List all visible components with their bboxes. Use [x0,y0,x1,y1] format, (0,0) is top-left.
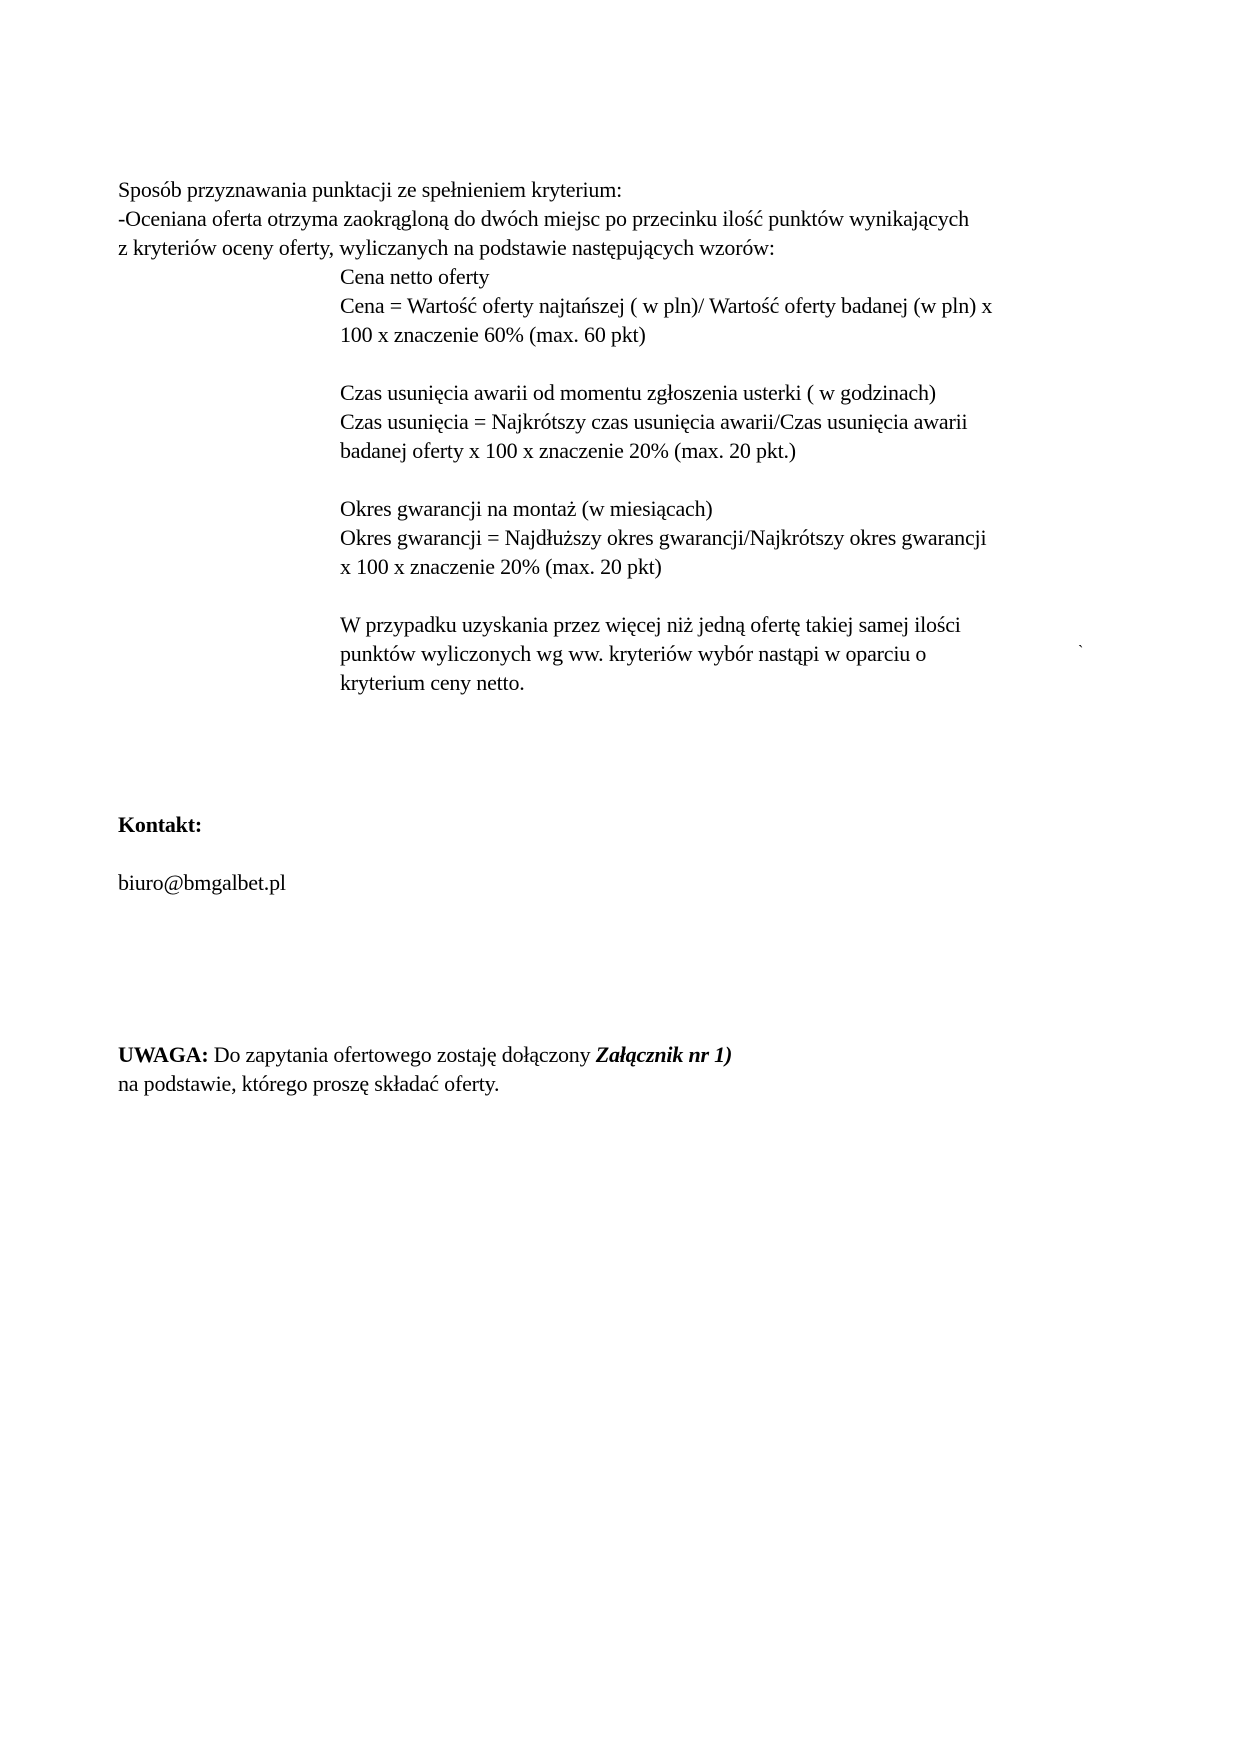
tie-rule-line-3: kryterium ceny netto. [340,668,525,697]
criterion-warranty-title: Okres gwarancji na montaż (w miesiącach) [340,494,713,523]
note-label: UWAGA: [118,1042,208,1067]
tie-rule-line-1: W przypadku uzyskania przez więcej niż j… [340,610,961,639]
criterion-repair-time-title: Czas usunięcia awarii od momentu zgłosze… [340,378,936,407]
document-page: Sposób przyznawania punktacji ze spełnie… [0,0,1240,1754]
note-attachment: Załącznik nr 1) [596,1042,732,1067]
criterion-warranty-formula-line-2: x 100 x znaczenie 20% (max. 20 pkt) [340,552,662,581]
criterion-price-title: Cena netto oferty [340,262,489,291]
criterion-repair-time-formula-line-2: badanej oferty x 100 x znaczenie 20% (ma… [340,436,796,465]
criterion-warranty-formula-line-1: Okres gwarancji = Najdłuższy okres gwara… [340,523,986,552]
scoring-heading: Sposób przyznawania punktacji ze spełnie… [118,175,622,204]
contact-email-link[interactable]: biuro@bmgalbet.pl [118,868,286,897]
note-line-2: na podstawie, którego proszę składać ofe… [118,1069,499,1098]
contact-heading: Kontakt: [118,810,202,839]
scoring-intro-line-2: z kryteriów oceny oferty, wyliczanych na… [118,233,775,262]
criterion-repair-time-formula-line-1: Czas usunięcia = Najkrótszy czas usunięc… [340,407,967,436]
tie-rule-line-2: punktów wyliczonych wg ww. kryteriów wyb… [340,639,926,668]
note-line-1: UWAGA: Do zapytania ofertowego zostaję d… [118,1040,732,1069]
note-text: Do zapytania ofertowego zostaję dołączon… [208,1042,595,1067]
scoring-intro-line-1: -Oceniana oferta otrzyma zaokrągloną do … [118,204,969,233]
criterion-price-formula-line-2: 100 x znaczenie 60% (max. 60 pkt) [340,320,646,349]
criterion-price-formula-line-1: Cena = Wartość oferty najtańszej ( w pln… [340,291,992,320]
stray-mark: ` [1078,637,1083,666]
